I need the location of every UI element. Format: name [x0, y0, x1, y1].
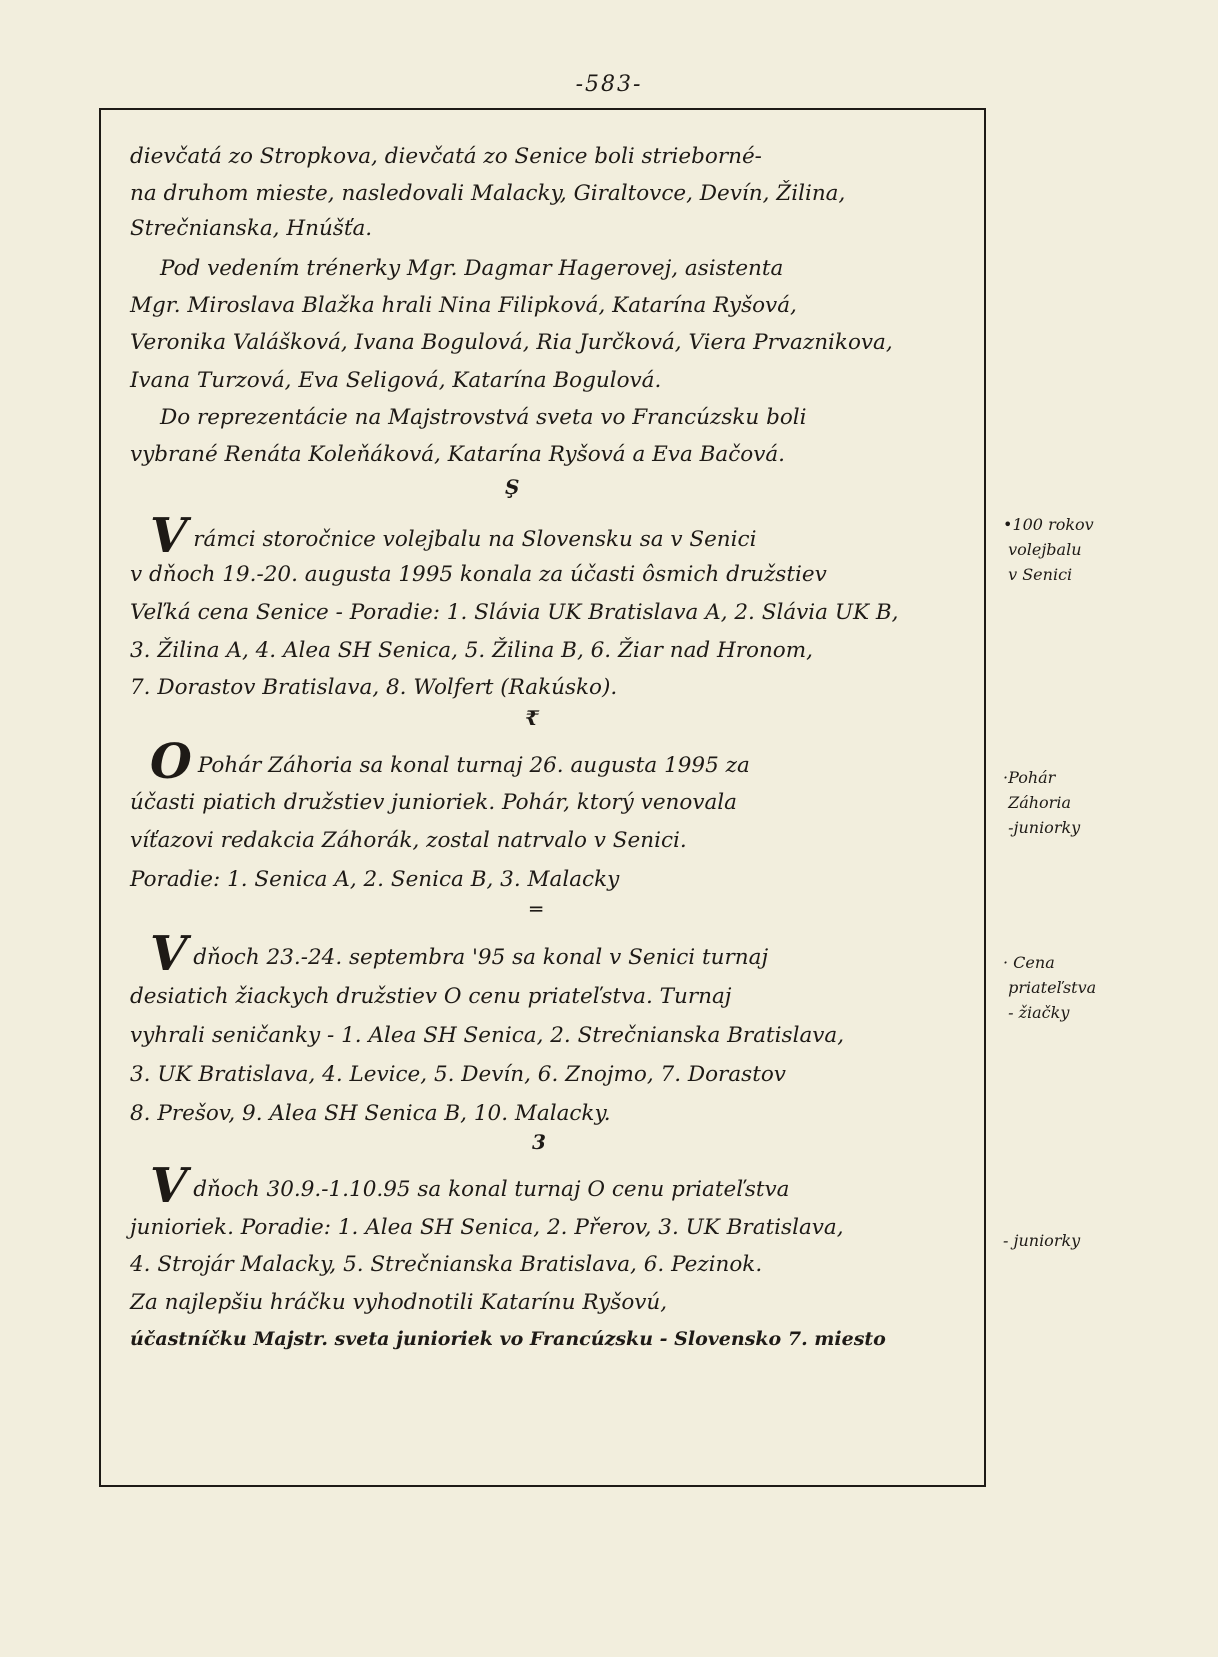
- page-number: -583-: [0, 72, 1218, 97]
- text-line: desiatich žiackych družstiev O cenu pria…: [130, 984, 731, 1009]
- section-separator: ═: [530, 897, 542, 921]
- section-separator: 3: [532, 1130, 546, 1154]
- text-line: 8. Prešov, 9. Alea SH Senica B, 10. Mala…: [130, 1101, 611, 1126]
- text-line: vybrané Renáta Koleňáková, Katarína Ryšo…: [130, 442, 785, 467]
- text-line: Do reprezentácie na Majstrovstvá sveta v…: [160, 405, 807, 430]
- text-line: Veronika Valášková, Ivana Bogulová, Ria …: [130, 330, 893, 355]
- text-line: v dňoch 19.-20. augusta 1995 konala za ú…: [130, 562, 827, 587]
- text-line: účasti piatich družstiev junioriek. Pohá…: [130, 790, 737, 815]
- section-separator: ₹: [525, 706, 539, 730]
- margin-note-pohar-zahoria: ·Pohár Záhoria -juniorky: [1003, 765, 1080, 840]
- text-line: Strečnianska, Hnúšťa.: [130, 216, 372, 241]
- text-line: Ivana Turzová, Eva Seligová, Katarína Bo…: [130, 368, 661, 393]
- text-line: 7. Dorastov Bratislava, 8. Wolfert (Rakú…: [130, 675, 617, 700]
- text-line: 4. Strojár Malacky, 5. Strečnianska Brat…: [130, 1252, 762, 1277]
- text-line: Vdňoch 23.-24. septembra '95 sa konal v …: [150, 930, 768, 978]
- text-line: Pod vedením trénerky Mgr. Dagmar Hagerov…: [160, 256, 783, 281]
- text-line: Vrámci storočnice volejbalu na Slovensku…: [150, 512, 756, 560]
- margin-note-cena-priatelstva: · Cena priateľstva - žiačky: [1003, 950, 1096, 1025]
- text-line: účastníčku Majstr. sveta junioriek vo Fr…: [130, 1328, 886, 1350]
- text-line: na druhom mieste, nasledovali Malacky, G…: [130, 181, 845, 206]
- drop-initial: V: [150, 508, 187, 564]
- text-line: Poradie: 1. Senica A, 2. Senica B, 3. Ma…: [130, 867, 619, 892]
- text-line: víťazovi redakcia Záhorák, zostal natrva…: [130, 828, 687, 853]
- drop-initial: V: [150, 1158, 187, 1214]
- text-line: Veľká cena Senice - Poradie: 1. Slávia U…: [130, 600, 898, 625]
- section-separator: Ş: [505, 475, 519, 499]
- text-line: dievčatá zo Stropkova, dievčatá zo Senic…: [130, 144, 762, 169]
- margin-note-100-years: •100 rokov volejbalu v Senici: [1003, 512, 1094, 587]
- text-line: 3. Žilina A, 4. Alea SH Senica, 5. Žilin…: [130, 638, 813, 663]
- drop-initial: V: [150, 926, 187, 982]
- text-line: junioriek. Poradie: 1. Alea SH Senica, 2…: [130, 1215, 844, 1240]
- margin-note-juniorky: - juniorky: [1003, 1228, 1080, 1253]
- text-line: Za najlepšiu hráčku vyhodnotili Katarínu…: [130, 1290, 667, 1315]
- text-line: vyhrali seničanky - 1. Alea SH Senica, 2…: [130, 1023, 844, 1048]
- text-line: Vdňoch 30.9.-1.10.95 sa konal turnaj O c…: [150, 1162, 789, 1210]
- drop-initial: O: [150, 734, 192, 790]
- text-line: 3. UK Bratislava, 4. Levice, 5. Devín, 6…: [130, 1062, 786, 1087]
- text-line: Mgr. Miroslava Blažka hrali Nina Filipko…: [130, 293, 797, 318]
- text-line: OPohár Záhoria sa konal turnaj 26. augus…: [150, 738, 750, 786]
